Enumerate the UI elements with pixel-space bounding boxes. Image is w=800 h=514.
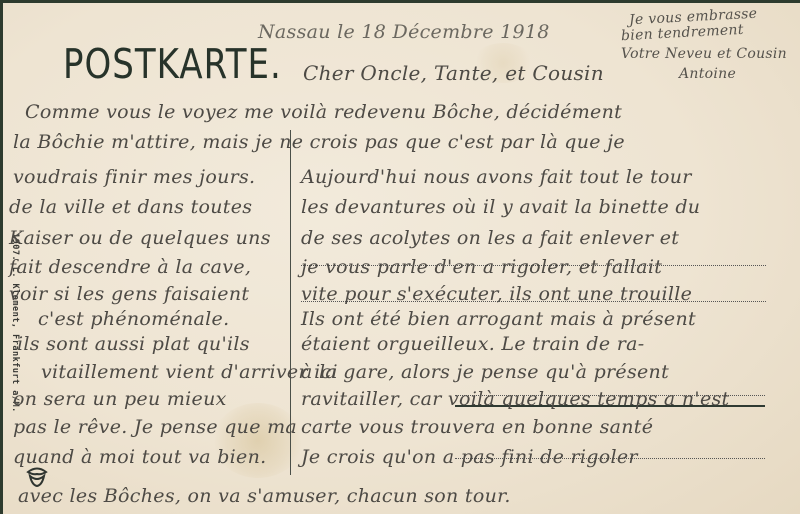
message-line: voir si les gens faisaient: [9, 283, 249, 305]
message-line: la Bôchie m'attire, mais je ne crois pas…: [13, 131, 625, 153]
message-line: fait descendre à la cave,: [9, 256, 251, 278]
message-line: on sera un peu mieux: [13, 388, 227, 410]
message-line: à la gare, alors je pense qu'à présent: [301, 361, 669, 383]
message-line: Ils ont été bien arrogant mais à présent: [301, 308, 696, 330]
signature: Antoine: [679, 66, 736, 82]
message-line: Aujourd'hui nous avons fait tout le tour: [301, 166, 692, 188]
salutation: Cher Oncle, Tante, et Cousin: [303, 61, 604, 85]
message-line: quand à moi tout va bien.: [13, 446, 266, 468]
message-line: de ses acolytes on les a fait enlever et: [301, 227, 679, 249]
message-line: pas le rêve. Je pense que ma: [13, 416, 297, 438]
message-line: vite pour s'exécuter, ils ont une trouil…: [301, 283, 692, 305]
message-line: de la ville et dans toutes: [9, 196, 252, 218]
message-line: Je crois qu'on a pas fini de rigoler: [301, 446, 638, 468]
message-line: avec les Bôches, on va s'amuser, chacun …: [18, 485, 511, 507]
postcard-title: POSTKARTE.: [63, 41, 282, 89]
message-line: ravitailler, car voilà quelques temps a …: [301, 388, 729, 410]
message-line: Comme vous le voyez me voilà redevenu Bô…: [25, 101, 622, 123]
message-line: carte vous trouvera en bonne santé: [301, 416, 653, 438]
message-line: je vous parle d'en a rigoler, et fallait: [301, 256, 662, 278]
place-date: Nassau le 18 Décembre 1918: [258, 21, 550, 43]
postcard: POSTKARTE. 1907. L. Klement, Frankfurt a…: [3, 3, 800, 514]
message-line: c'est phénoménale.: [38, 308, 229, 330]
message-line: ils sont aussi plat qu'ils: [17, 333, 250, 355]
message-line: Kaiser ou de quelques uns: [9, 227, 271, 249]
message-line: étaient orgueilleux. Le train de ra-: [301, 333, 645, 355]
message-line: les devantures où il y avait la binette …: [301, 196, 700, 218]
message-line: voudrais finir mes jours.: [13, 166, 255, 188]
message-line: vitaillement vient d'arriver ici: [41, 361, 338, 383]
closing-line: Votre Neveu et Cousin: [621, 46, 787, 62]
